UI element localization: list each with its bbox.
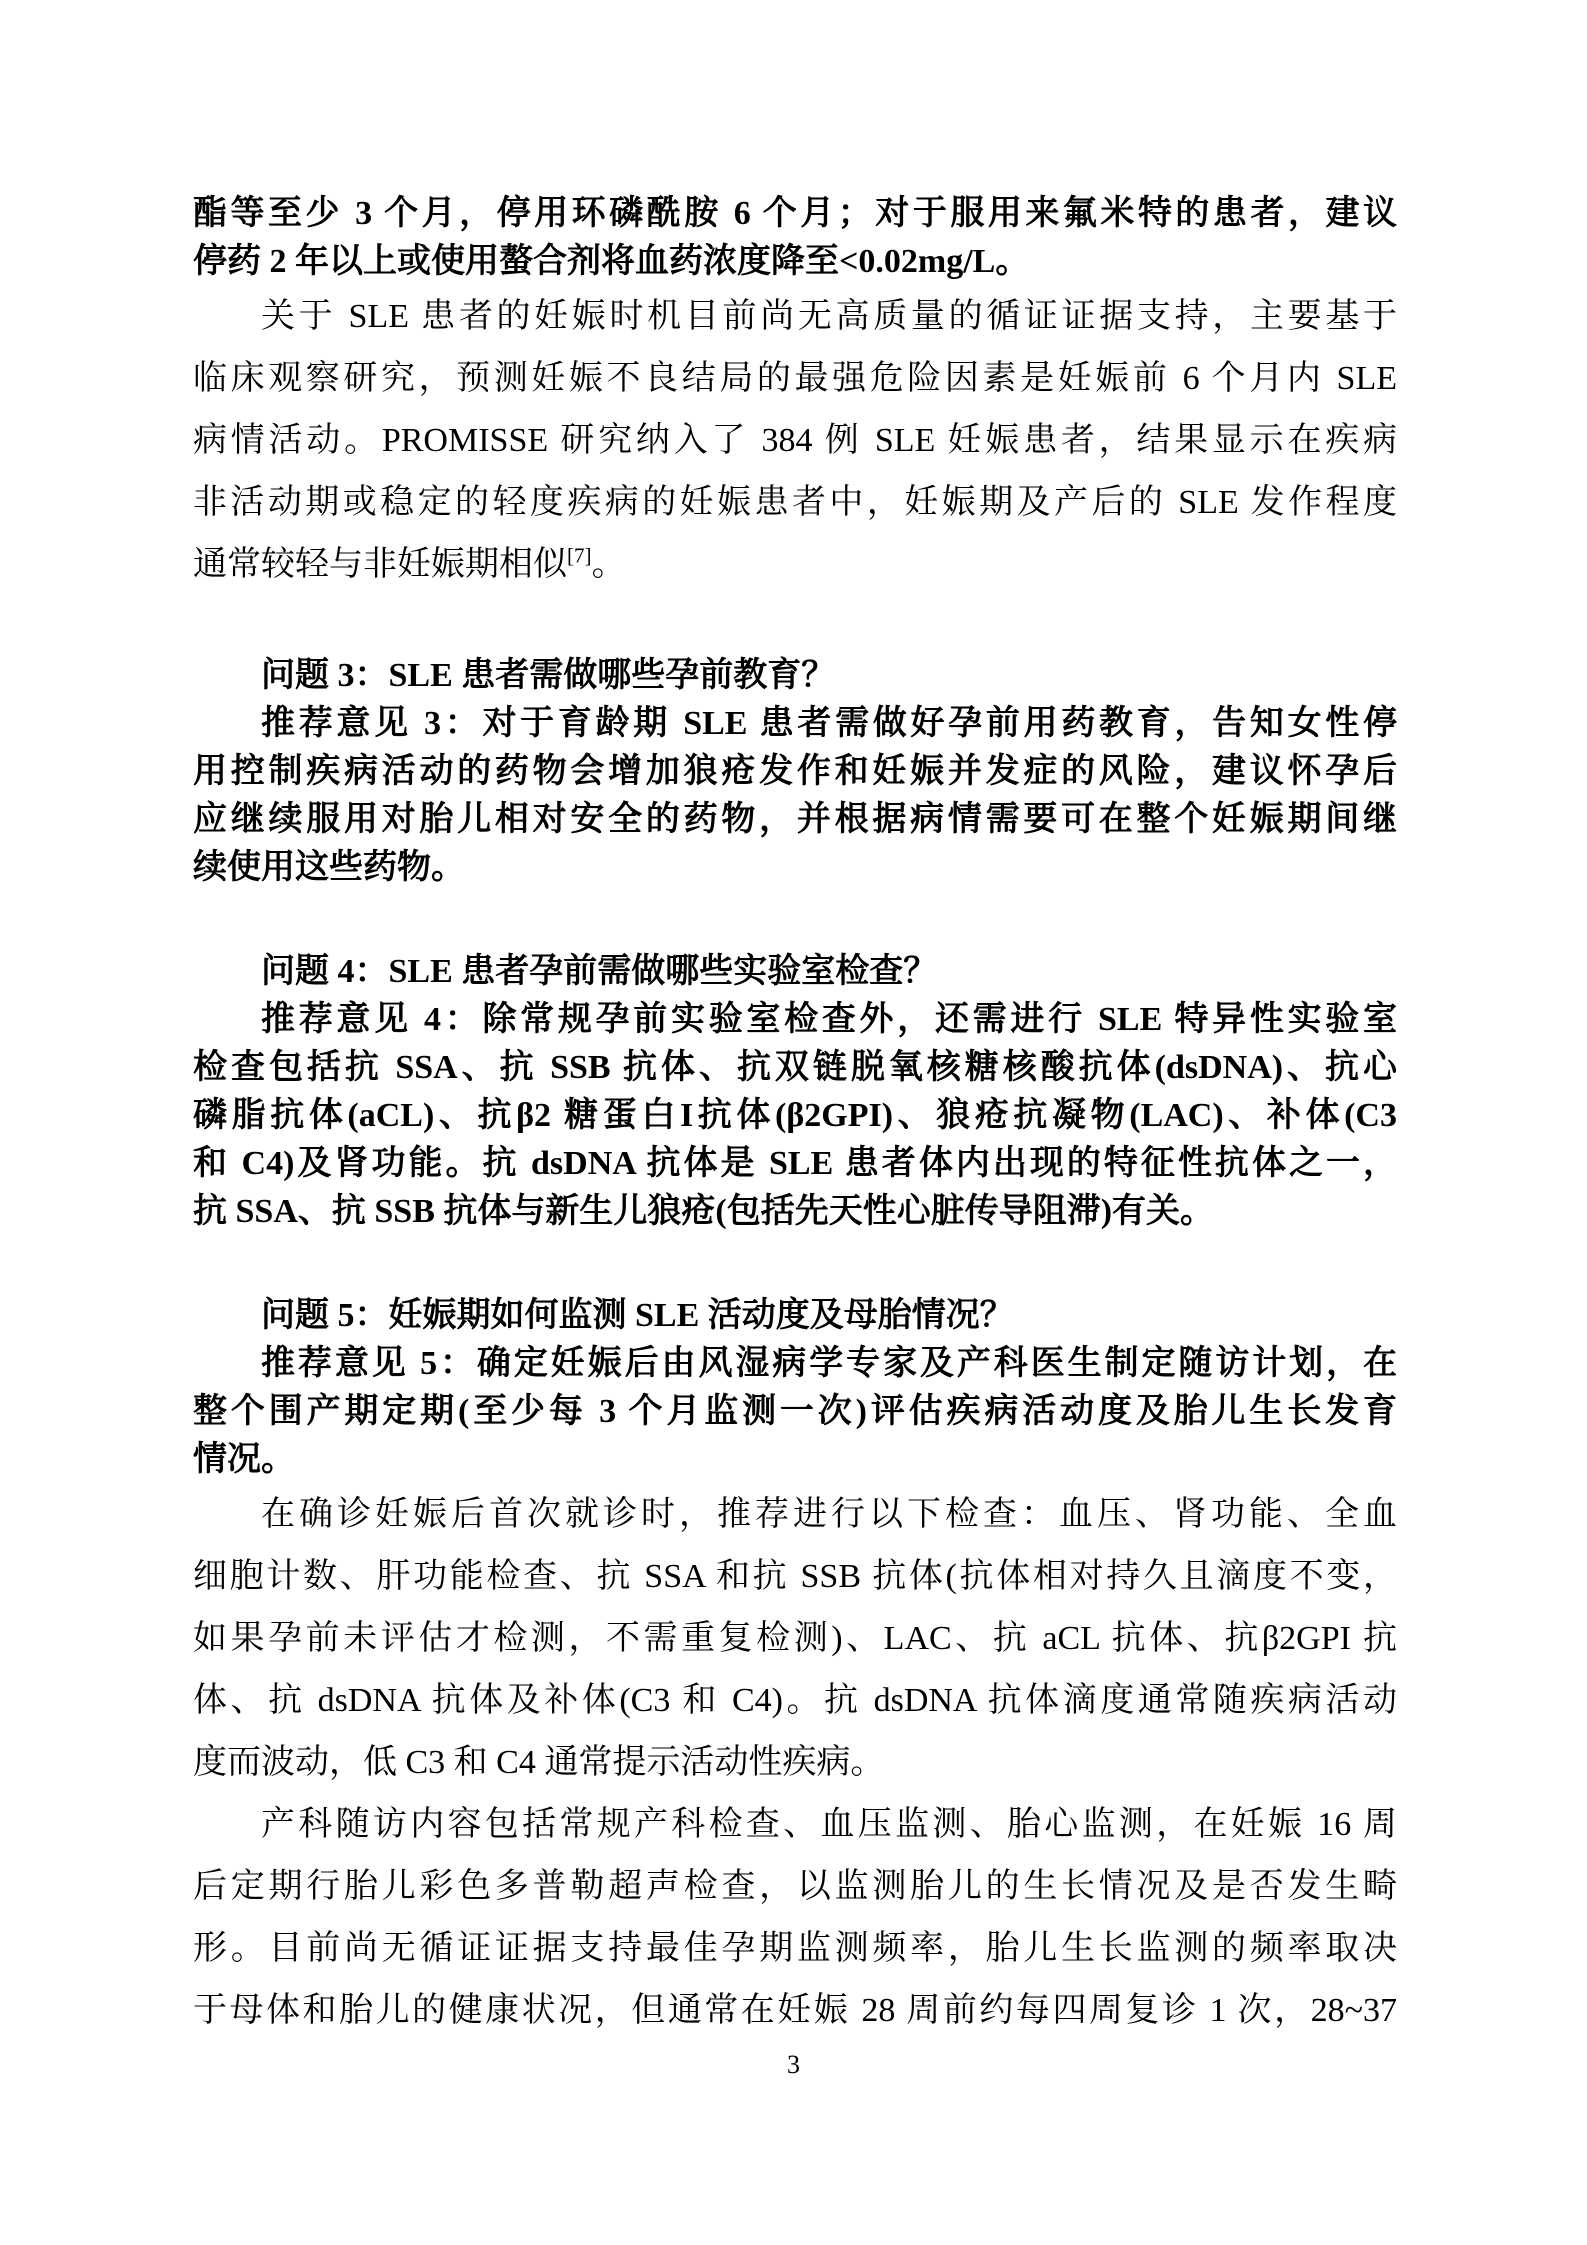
line-text: 抗 SSA、抗 SSB 抗体与新生儿狼疮(包括先天性心脏传导阻滞)有关。 <box>193 1193 1214 1230</box>
line-text: 问题 3：SLE 患者需做哪些孕前教育？ <box>261 657 835 694</box>
text-line: 通常较轻与非妊娠期相似[7]。 <box>193 534 1397 596</box>
line-text: 推荐意见 3：对于育龄期 SLE 患者需做好孕前用药教育，告知女性停 <box>261 705 1397 742</box>
text-line: 检查包括抗 SSA、抗 SSB 抗体、抗双链脱氧核糖核酸抗体(dsDNA)、抗心 <box>193 1044 1397 1092</box>
text-line: 用控制疾病活动的药物会增加狼疮发作和妊娠并发症的风险，建议怀孕后 <box>193 748 1397 796</box>
text-line: 细胞计数、肝功能检查、抗 SSA 和抗 SSB 抗体(抗体相对持久且滴度不变， <box>193 1546 1397 1608</box>
text-line: 推荐意见 5：确定妊娠后由风湿病学专家及产科医生制定随访计划，在 <box>193 1340 1397 1388</box>
citation-reference: [7] <box>567 544 592 568</box>
line-text: 磷脂抗体(aCL)、抗β2 糖蛋白I抗体(β2GPI)、狼疮抗凝物(LAC)、补… <box>193 1097 1397 1134</box>
line-text: 产科随访内容包括常规产科检查、血压监测、胎心监测，在妊娠 16 周 <box>261 1806 1397 1843</box>
text-line: 问题 3：SLE 患者需做哪些孕前教育？ <box>193 652 1397 700</box>
line-text: 形。目前尚无循证证据支持最佳孕期监测频率，胎儿生长监测的频率取决 <box>193 1930 1397 1967</box>
text-line: 和 C4)及肾功能。抗 dsDNA 抗体是 SLE 患者体内出现的特征性抗体之一… <box>193 1140 1397 1188</box>
text-line: 推荐意见 4：除常规孕前实验室检查外，还需进行 SLE 特异性实验室 <box>193 996 1397 1044</box>
line-text: 检查包括抗 SSA、抗 SSB 抗体、抗双链脱氧核糖核酸抗体(dsDNA)、抗心 <box>193 1049 1397 1086</box>
text-line: 于母体和胎儿的健康状况，但通常在妊娠 28 周前约每四周复诊 1 次，28~37 <box>193 1980 1397 2042</box>
text-line: 应继续服用对胎儿相对安全的药物，并根据病情需要可在整个妊娠期间继 <box>193 796 1397 844</box>
text-line: 体、抗 dsDNA 抗体及补体(C3 和 C4)。抗 dsDNA 抗体滴度通常随… <box>193 1670 1397 1732</box>
text-line: 问题 5：妊娠期如何监测 SLE 活动度及母胎情况？ <box>193 1292 1397 1340</box>
text-line: 情况。 <box>193 1436 1397 1484</box>
page-number: 3 <box>0 2050 1587 2080</box>
text-line: 抗 SSA、抗 SSB 抗体与新生儿狼疮(包括先天性心脏传导阻滞)有关。 <box>193 1188 1397 1236</box>
text-line: 如果孕前未评估才检测，不需重复检测)、LAC、抗 aCL 抗体、抗β2GPI 抗 <box>193 1608 1397 1670</box>
line-text: 用控制疾病活动的药物会增加狼疮发作和妊娠并发症的风险，建议怀孕后 <box>193 753 1397 790</box>
text-line: 形。目前尚无循证证据支持最佳孕期监测频率，胎儿生长监测的频率取决 <box>193 1918 1397 1980</box>
line-text: 停药 2 年以上或使用螯合剂将血药浓度降至<0.02mg/L。 <box>193 243 1029 280</box>
text-line: 推荐意见 3：对于育龄期 SLE 患者需做好孕前用药教育，告知女性停 <box>193 700 1397 748</box>
line-text: 在确诊妊娠后首次就诊时，推荐进行以下检查：血压、肾功能、全血 <box>261 1496 1397 1533</box>
line-text: 临床观察研究，预测妊娠不良结局的最强危险因素是妊娠前 6 个月内 SLE <box>193 360 1397 397</box>
line-text: 情况。 <box>193 1441 295 1478</box>
line-text: 推荐意见 5：确定妊娠后由风湿病学专家及产科医生制定随访计划，在 <box>261 1345 1397 1382</box>
text-line: 磷脂抗体(aCL)、抗β2 糖蛋白I抗体(β2GPI)、狼疮抗凝物(LAC)、补… <box>193 1092 1397 1140</box>
line-text: 如果孕前未评估才检测，不需重复检测)、LAC、抗 aCL 抗体、抗β2GPI 抗 <box>193 1620 1397 1657</box>
line-text: 问题 4：SLE 患者孕前需做哪些实验室检查？ <box>261 953 937 990</box>
line-text: 问题 5：妊娠期如何监测 SLE 活动度及母胎情况？ <box>261 1297 1014 1334</box>
text-line: 临床观察研究，预测妊娠不良结局的最强危险因素是妊娠前 6 个月内 SLE <box>193 348 1397 410</box>
text-line: 非活动期或稳定的轻度疾病的妊娠患者中，妊娠期及产后的 SLE 发作程度 <box>193 472 1397 534</box>
line-text: 体、抗 dsDNA 抗体及补体(C3 和 C4)。抗 dsDNA 抗体滴度通常随… <box>193 1682 1397 1719</box>
text-line: 后定期行胎儿彩色多普勒超声检查，以监测胎儿的生长情况及是否发生畸 <box>193 1856 1397 1918</box>
line-text: 度而波动，低 C3 和 C4 通常提示活动性疾病。 <box>193 1744 884 1781</box>
document-page: 酯等至少 3 个月，停用环磷酰胺 6 个月；对于服用来氟米特的患者，建议停药 2… <box>0 0 1587 2245</box>
line-text: 后定期行胎儿彩色多普勒超声检查，以监测胎儿的生长情况及是否发生畸 <box>193 1868 1397 1905</box>
line-text: 通常较轻与非妊娠期相似 <box>193 546 567 583</box>
document-content: 酯等至少 3 个月，停用环磷酰胺 6 个月；对于服用来氟米特的患者，建议停药 2… <box>193 190 1397 2042</box>
line-text: 应继续服用对胎儿相对安全的药物，并根据病情需要可在整个妊娠期间继 <box>193 801 1397 838</box>
text-line: 在确诊妊娠后首次就诊时，推荐进行以下检查：血压、肾功能、全血 <box>193 1484 1397 1546</box>
text-line: 度而波动，低 C3 和 C4 通常提示活动性疾病。 <box>193 1732 1397 1794</box>
line-text: 。 <box>592 546 626 583</box>
text-line: 续使用这些药物。 <box>193 844 1397 892</box>
line-text: 关于 SLE 患者的妊娠时机目前尚无高质量的循证证据支持，主要基于 <box>261 298 1397 335</box>
text-line: 产科随访内容包括常规产科检查、血压监测、胎心监测，在妊娠 16 周 <box>193 1794 1397 1856</box>
line-text: 续使用这些药物。 <box>193 849 465 886</box>
line-text: 推荐意见 4：除常规孕前实验室检查外，还需进行 SLE 特异性实验室 <box>261 1001 1397 1038</box>
line-text: 非活动期或稳定的轻度疾病的妊娠患者中，妊娠期及产后的 SLE 发作程度 <box>193 484 1397 521</box>
text-line: 病情活动。PROMISSE 研究纳入了 384 例 SLE 妊娠患者，结果显示在… <box>193 410 1397 472</box>
line-text: 和 C4)及肾功能。抗 dsDNA 抗体是 SLE 患者体内出现的特征性抗体之一… <box>193 1145 1397 1182</box>
text-line: 关于 SLE 患者的妊娠时机目前尚无高质量的循证证据支持，主要基于 <box>193 286 1397 348</box>
line-text: 细胞计数、肝功能检查、抗 SSA 和抗 SSB 抗体(抗体相对持久且滴度不变， <box>193 1558 1397 1595</box>
text-line: 问题 4：SLE 患者孕前需做哪些实验室检查？ <box>193 948 1397 996</box>
line-text: 病情活动。PROMISSE 研究纳入了 384 例 SLE 妊娠患者，结果显示在… <box>193 422 1397 459</box>
text-line: 停药 2 年以上或使用螯合剂将血药浓度降至<0.02mg/L。 <box>193 238 1397 286</box>
text-line: 整个围产期定期(至少每 3 个月监测一次)评估疾病活动度及胎儿生长发育 <box>193 1388 1397 1436</box>
line-text: 于母体和胎儿的健康状况，但通常在妊娠 28 周前约每四周复诊 1 次，28~37 <box>193 1992 1397 2029</box>
line-text: 酯等至少 3 个月，停用环磷酰胺 6 个月；对于服用来氟米特的患者，建议 <box>193 195 1397 232</box>
line-text: 整个围产期定期(至少每 3 个月监测一次)评估疾病活动度及胎儿生长发育 <box>193 1393 1397 1430</box>
text-line: 酯等至少 3 个月，停用环磷酰胺 6 个月；对于服用来氟米特的患者，建议 <box>193 190 1397 238</box>
